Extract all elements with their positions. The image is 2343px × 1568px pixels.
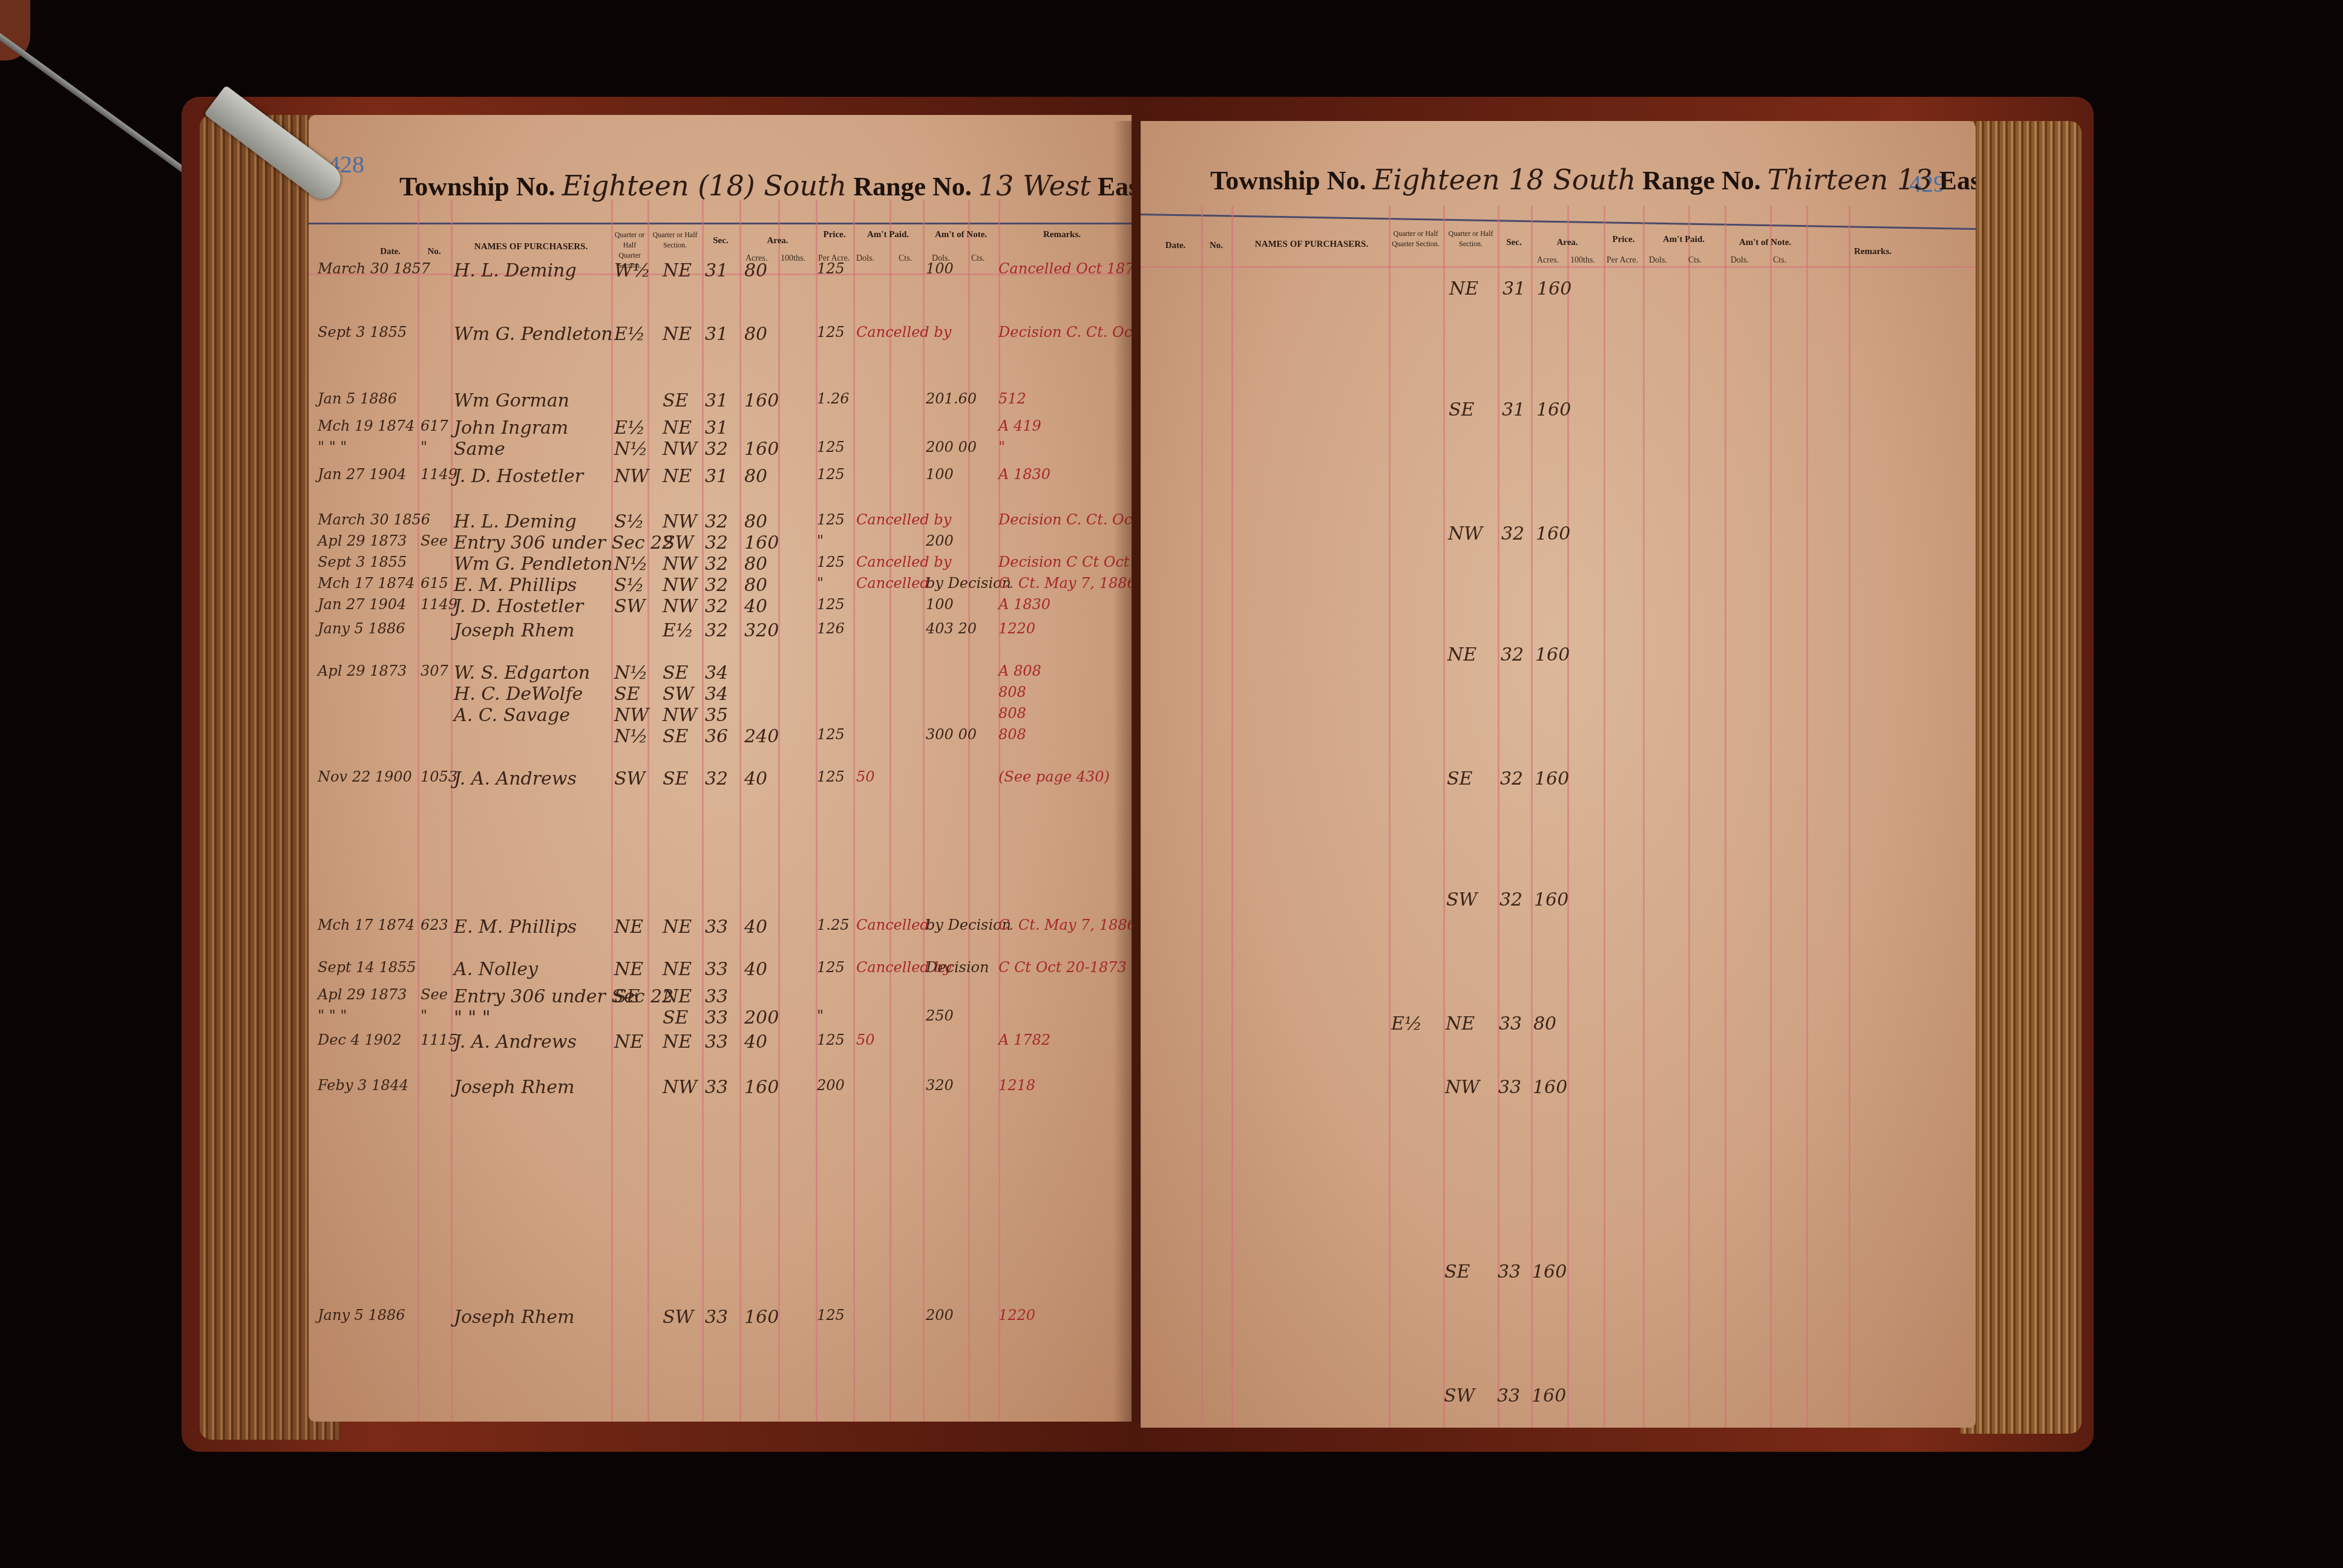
cell-sec: 35 (705, 705, 728, 726)
cell-acres: 160 (744, 532, 779, 554)
cell-remarks: Decision C. Ct. Oct 20-1873 (998, 511, 1132, 528)
cell-remarks: (See page 430) (998, 768, 1110, 785)
col-qhq: Quarter or Half Quarter Section. (1390, 229, 1441, 249)
col-date: Date. (369, 247, 411, 257)
cell-date: Sept 3 1855 (318, 324, 407, 341)
cell-remarks: A 1782 (998, 1031, 1050, 1048)
cell-sec: 32 (705, 620, 728, 641)
cell-price: 1.26 (817, 390, 849, 407)
cell-qh: SE (663, 1007, 688, 1028)
cell-note: 100 (926, 260, 954, 277)
cell-acres: 40 (744, 916, 767, 938)
cell-sec: 33 (705, 1031, 728, 1053)
cell-name: W. S. Edgarton (454, 662, 590, 684)
cell-paid: 50 (856, 1031, 875, 1048)
cell-name: A. Nolley (454, 959, 538, 980)
col-qh: Quarter or Half Section. (1445, 229, 1496, 249)
cell-qhq: N½ (614, 439, 647, 460)
col-remarks: Remarks. (1004, 230, 1119, 240)
cell-price: 125 (817, 1307, 845, 1324)
cell-no: See (421, 986, 448, 1003)
cell-price: 125 (817, 959, 845, 976)
cell-acres: 160 (1537, 278, 1571, 299)
cell-remarks: 512 (998, 390, 1026, 407)
cell-paid: 50 (856, 768, 875, 785)
cell-price: " (817, 1007, 824, 1024)
sub-paid-cts: Cts. (899, 254, 912, 264)
cell-date: Apl 29 1873 (318, 662, 407, 679)
cell-remarks: 1218 (998, 1077, 1035, 1094)
col-sec: Sec. (1499, 238, 1529, 248)
cell-acres: 160 (1532, 1261, 1567, 1282)
cell-note: 100 (926, 466, 954, 483)
cell-name: John Ingram (454, 417, 568, 439)
sub-paid-dols: Dols. (856, 254, 874, 264)
cell-no: 617 (421, 417, 448, 434)
cell-note: 250 (926, 1007, 954, 1024)
cell-qh: SW (1444, 1385, 1475, 1406)
cell-date: Mch 17 1874 (318, 575, 415, 592)
cell-acres: 160 (1532, 1385, 1566, 1406)
sub-paid-dols: Dols. (1649, 256, 1667, 266)
cell-qh: SW (663, 532, 693, 554)
cell-remarks: A 419 (998, 417, 1041, 434)
cell-note: 320 (926, 1077, 954, 1094)
cell-qh: SE (663, 726, 688, 747)
cell-name: H. L. Deming (454, 511, 577, 532)
sub-per-acre: Per Acre. (1607, 256, 1638, 266)
cell-note: 200 (926, 532, 954, 549)
range-label: Range No. (853, 172, 972, 201)
cell-sec: 36 (705, 726, 728, 747)
cell-qh: NE (1449, 278, 1478, 299)
cell-sec: 33 (705, 1007, 728, 1028)
cell-acres: 160 (744, 390, 779, 411)
cell-paid: Cancelled by (856, 554, 951, 570)
right-page: 429 Township No. Eighteen 18 South Range… (1141, 121, 1976, 1428)
cell-price: 125 (817, 1031, 845, 1048)
cell-no: " (421, 1007, 427, 1024)
cell-sec: 32 (1500, 768, 1523, 789)
cell-sec: 33 (705, 916, 728, 938)
cell-qhq: S½ (614, 575, 644, 596)
cell-acres: 80 (744, 260, 767, 281)
cell-sec: 31 (705, 324, 728, 345)
township-value: Eighteen 18 South (1373, 163, 1636, 196)
cell-qh: E½ (663, 620, 693, 641)
cell-qhq: NW (614, 466, 649, 487)
cell-paid: Cancelled by (856, 324, 951, 341)
cell-note: 201.60 (926, 390, 977, 407)
col-no: No. (421, 247, 448, 257)
cell-qh: SE (1444, 1261, 1470, 1282)
cell-qh: NE (663, 417, 692, 439)
cell-sec: 32 (705, 511, 728, 532)
cell-sec: 33 (705, 959, 728, 980)
cell-acres: 160 (1535, 768, 1569, 789)
cell-qhq: NE (614, 916, 643, 938)
cell-qhq: NW (614, 705, 649, 726)
cell-name: " " " (454, 1007, 490, 1028)
cell-date: Nov 22 1900 (318, 768, 412, 785)
cell-acres: 240 (744, 726, 779, 747)
cell-sec: 33 (705, 986, 728, 1007)
cell-qh: NW (1445, 1077, 1480, 1098)
cell-qhq: E½ (614, 324, 645, 345)
cell-acres: 160 (744, 1077, 779, 1098)
header-rule (309, 223, 1132, 224)
cell-remarks: 1220 (998, 1307, 1035, 1324)
cell-no: " (421, 439, 427, 456)
cell-sec: 31 (1502, 399, 1525, 420)
cell-price: 125 (817, 554, 845, 570)
cell-date: Dec 4 1902 (318, 1031, 402, 1048)
cell-note: 100 (926, 596, 954, 613)
cell-no: 615 (421, 575, 448, 592)
cell-sec: 32 (1501, 644, 1524, 665)
range-label: Range No. (1642, 166, 1761, 195)
cell-sec: 32 (1499, 889, 1522, 910)
cell-name: J. A. Andrews (454, 768, 577, 789)
col-names: NAMES OF PURCHASERS. (1237, 240, 1386, 250)
left-page: 428 Township No. Eighteen (18) South Ran… (309, 115, 1132, 1422)
cell-acres: 80 (744, 466, 767, 487)
cell-qh: NE (1447, 644, 1476, 665)
cell-no: 623 (421, 916, 448, 933)
col-no: No. (1204, 241, 1228, 251)
cell-no: 1115 (421, 1031, 457, 1048)
cell-price: 125 (817, 466, 845, 483)
cell-name: Joseph Rhem (454, 620, 574, 641)
cell-sec: 32 (705, 596, 728, 617)
cell-qh: SW (1446, 889, 1477, 910)
cell-name: J. A. Andrews (454, 1031, 577, 1053)
cell-qh: NE (663, 959, 692, 980)
sub-100ths: 100ths. (1570, 256, 1595, 266)
cell-sec: 33 (1499, 1013, 1522, 1034)
cell-qhq: SE (614, 986, 640, 1007)
cell-qhq: E½ (1391, 1013, 1422, 1034)
cell-acres: 40 (744, 959, 767, 980)
cell-qhq: SW (614, 768, 645, 789)
cell-price: " (817, 532, 824, 549)
cell-remarks: 808 (998, 684, 1026, 701)
cell-qhq: N½ (614, 554, 647, 575)
cell-price: 125 (817, 596, 845, 613)
cell-price: 126 (817, 620, 845, 637)
cell-remarks: C Ct Oct 20-1873 (998, 959, 1127, 976)
cell-sec: 33 (1498, 1077, 1521, 1098)
cell-qhq: NE (614, 1031, 643, 1053)
cell-qh: SE (663, 390, 688, 411)
col-area: Area. (1534, 238, 1601, 248)
cell-date: Mch 19 1874 (318, 417, 415, 434)
sub-note-dols: Dols. (1731, 256, 1749, 266)
cell-sec: 33 (1498, 1261, 1521, 1282)
cell-price: 125 (817, 324, 845, 341)
cell-qh: NW (663, 705, 697, 726)
cell-sec: 33 (705, 1077, 728, 1098)
cell-note: 200 (926, 1307, 954, 1324)
cell-paid: Cancelled (856, 916, 929, 933)
sub-acres: Acres. (1537, 256, 1559, 266)
cell-acres: 160 (1536, 399, 1571, 420)
sub-100ths: 100ths. (781, 254, 805, 264)
cell-acres: 160 (1536, 523, 1570, 544)
cell-qhq: N½ (614, 662, 647, 684)
cell-no: 307 (421, 662, 448, 679)
range-value: 13 West (978, 169, 1091, 202)
cell-remarks: Decision C Ct Oct 20-1873 (998, 554, 1132, 570)
cell-sec: 34 (705, 684, 728, 705)
cell-qh: NE (663, 466, 692, 487)
cell-qh: NE (1446, 1013, 1475, 1034)
range-value: Thirteen 13 (1768, 163, 1933, 196)
page-edges-right (1961, 121, 2082, 1434)
col-amt-paid: Am't Paid. (853, 230, 923, 240)
cell-date: March 30 1856 (318, 511, 430, 528)
col-amt-note: Am't of Note. (1726, 238, 1804, 248)
cell-remarks: C. Ct. May 7, 1886 (998, 575, 1132, 592)
cell-remarks: " (998, 439, 1005, 456)
cell-sec: 32 (705, 439, 728, 460)
cell-acres: 160 (744, 1307, 779, 1328)
cell-date: Mch 17 1874 (318, 916, 415, 933)
cell-qh: NW (663, 439, 697, 460)
cell-date: Jan 27 1904 (318, 466, 406, 483)
cell-acres: 80 (744, 511, 767, 532)
page-title: Township No. Eighteen 18 South Range No.… (1210, 163, 1976, 196)
cell-acres: 40 (744, 768, 767, 789)
cell-name: Wm Gorman (454, 390, 569, 411)
cell-qhq: SW (614, 596, 645, 617)
township-label: Township No. (399, 172, 555, 201)
cell-name: Joseph Rhem (454, 1307, 574, 1328)
township-label: Township No. (1210, 166, 1366, 195)
cell-qhq: E½ (614, 417, 645, 439)
cell-name: J. D. Hostetler (454, 596, 583, 617)
col-amt-paid: Am't Paid. (1646, 235, 1722, 245)
cell-name: Same (454, 439, 505, 460)
cell-date: Jany 5 1886 (318, 620, 405, 637)
cell-sec: 33 (1497, 1385, 1520, 1406)
cell-qh: SW (663, 1307, 693, 1328)
col-amt-note: Am't of Note. (925, 230, 997, 240)
cell-price: " (817, 575, 824, 592)
cell-remarks: 1220 (998, 620, 1035, 637)
cell-acres: 160 (1533, 1077, 1567, 1098)
cell-qh: SE (663, 662, 688, 684)
cell-qh: SW (663, 684, 693, 705)
cell-note: 200 00 (926, 439, 977, 456)
cell-price: 200 (817, 1077, 845, 1094)
cell-date: Feby 3 1844 (318, 1077, 408, 1094)
cell-name: Entry 306 under Sec 22 (454, 532, 673, 554)
col-date: Date. (1153, 241, 1198, 251)
cell-qhq: N½ (614, 726, 647, 747)
cell-acres: 80 (744, 324, 767, 345)
cell-acres: 320 (744, 620, 779, 641)
cell-date: Apl 29 1873 (318, 986, 407, 1003)
cell-date: March 30 1857 (318, 260, 430, 277)
cell-date: Jany 5 1886 (318, 1307, 405, 1324)
cell-acres: 160 (1534, 889, 1568, 910)
col-price: Price. (817, 230, 852, 240)
cell-qh: NW (663, 554, 697, 575)
cell-name: Wm G. Pendleton (454, 554, 613, 575)
cell-qhq: W½ (614, 260, 650, 281)
cell-sec: 32 (1501, 523, 1524, 544)
col-names: NAMES OF PURCHASERS. (454, 242, 608, 252)
township-value: Eighteen (18) South (562, 169, 847, 202)
col-qh: Quarter or Half Section. (649, 230, 701, 250)
cell-price: 125 (817, 260, 845, 277)
cell-acres: 40 (744, 596, 767, 617)
cell-sec: 31 (705, 390, 728, 411)
cell-paid: Cancelled by (856, 511, 951, 528)
cell-qh: NE (663, 986, 692, 1007)
cell-qh: NE (663, 1031, 692, 1053)
cell-qh: NE (663, 324, 692, 345)
col-sec: Sec. (703, 236, 738, 246)
cell-remarks: A 808 (998, 662, 1041, 679)
cell-remarks: A 1830 (998, 596, 1050, 613)
cell-sec: 32 (705, 575, 728, 596)
cell-no: 1053 (421, 768, 457, 785)
cell-qh: NE (663, 260, 692, 281)
col-price: Price. (1605, 235, 1642, 245)
cell-remarks: C. Ct. May 7, 1886 (998, 916, 1132, 933)
cell-qh: NW (663, 1077, 697, 1098)
col-area: Area. (741, 236, 814, 246)
cell-date: Sept 14 1855 (318, 959, 416, 976)
cell-remarks: 808 (998, 726, 1026, 743)
cell-acres: 160 (744, 439, 779, 460)
cell-qh: NW (663, 575, 697, 596)
cell-price: 125 (817, 439, 845, 456)
sub-paid-cts: Cts. (1688, 256, 1702, 266)
cell-price: 125 (817, 511, 845, 528)
cell-remarks: A 1830 (998, 466, 1050, 483)
cell-paid: Cancelled (856, 575, 929, 592)
cell-sec: 33 (705, 1307, 728, 1328)
cell-name: Entry 306 under Sec 22 (454, 986, 673, 1007)
direction-printed: East. (1939, 166, 1976, 195)
cell-name: A. C. Savage (454, 705, 570, 726)
cell-note: Decision (926, 959, 989, 976)
cell-sec: 32 (705, 768, 728, 789)
cell-sec: 31 (705, 417, 728, 439)
cell-date: Jan 5 1886 (318, 390, 397, 407)
cell-sec: 32 (705, 532, 728, 554)
col-remarks: Remarks. (1812, 247, 1933, 257)
cell-no: 1149 (421, 466, 457, 483)
page-title: Township No. Eighteen (18) South Range N… (399, 169, 1132, 202)
cell-name: J. D. Hostetler (454, 466, 583, 487)
cell-date: " " " (318, 439, 347, 456)
cell-acres: 80 (744, 554, 767, 575)
cell-qh: SE (1449, 399, 1474, 420)
cell-name: H. C. DeWolfe (454, 684, 583, 705)
cell-acres: 40 (744, 1031, 767, 1053)
cell-acres: 80 (1533, 1013, 1556, 1034)
cell-sec: 31 (705, 466, 728, 487)
cell-qhq: SE (614, 684, 640, 705)
cell-qh: NW (663, 511, 697, 532)
cell-name: E. M. Phillips (454, 575, 577, 596)
cell-sec: 34 (705, 662, 728, 684)
cell-qh: NE (663, 916, 692, 938)
cell-price: 125 (817, 768, 845, 785)
cell-remarks: Decision C. Ct. Oct 20-1873 (998, 324, 1132, 341)
sub-note-cts: Cts. (1773, 256, 1786, 266)
cell-qh: NW (1448, 523, 1483, 544)
cell-remarks: 808 (998, 705, 1026, 722)
cell-qh: SE (1447, 768, 1472, 789)
cell-date: " " " (318, 1007, 347, 1024)
cell-date: Apl 29 1873 (318, 532, 407, 549)
cell-no: See (421, 532, 448, 549)
cell-date: Jan 27 1904 (318, 596, 406, 613)
cell-sec: 31 (705, 260, 728, 281)
cell-price: 125 (817, 726, 845, 743)
cell-qh: NW (663, 596, 697, 617)
cell-note: 403 20 (926, 620, 977, 637)
cell-no: 1149 (421, 596, 457, 613)
cell-qhq: NE (614, 959, 643, 980)
cell-note: 300 00 (926, 726, 977, 743)
cell-name: E. M. Phillips (454, 916, 577, 938)
cell-sec: 31 (1502, 278, 1525, 299)
cell-name: H. L. Deming (454, 260, 577, 281)
cell-name: Wm G. Pendleton (454, 324, 613, 345)
cell-date: Sept 3 1855 (318, 554, 407, 570)
cell-acres: 160 (1535, 644, 1570, 665)
sub-note-cts: Cts. (971, 254, 985, 264)
cell-acres: 80 (744, 575, 767, 596)
cell-acres: 200 (744, 1007, 779, 1028)
cell-sec: 32 (705, 554, 728, 575)
cell-qh: SE (663, 768, 688, 789)
cell-qhq: S½ (614, 511, 644, 532)
cell-name: Joseph Rhem (454, 1077, 574, 1098)
cell-remarks: Cancelled Oct 1873 (998, 260, 1132, 277)
cell-price: 1.25 (817, 916, 849, 933)
